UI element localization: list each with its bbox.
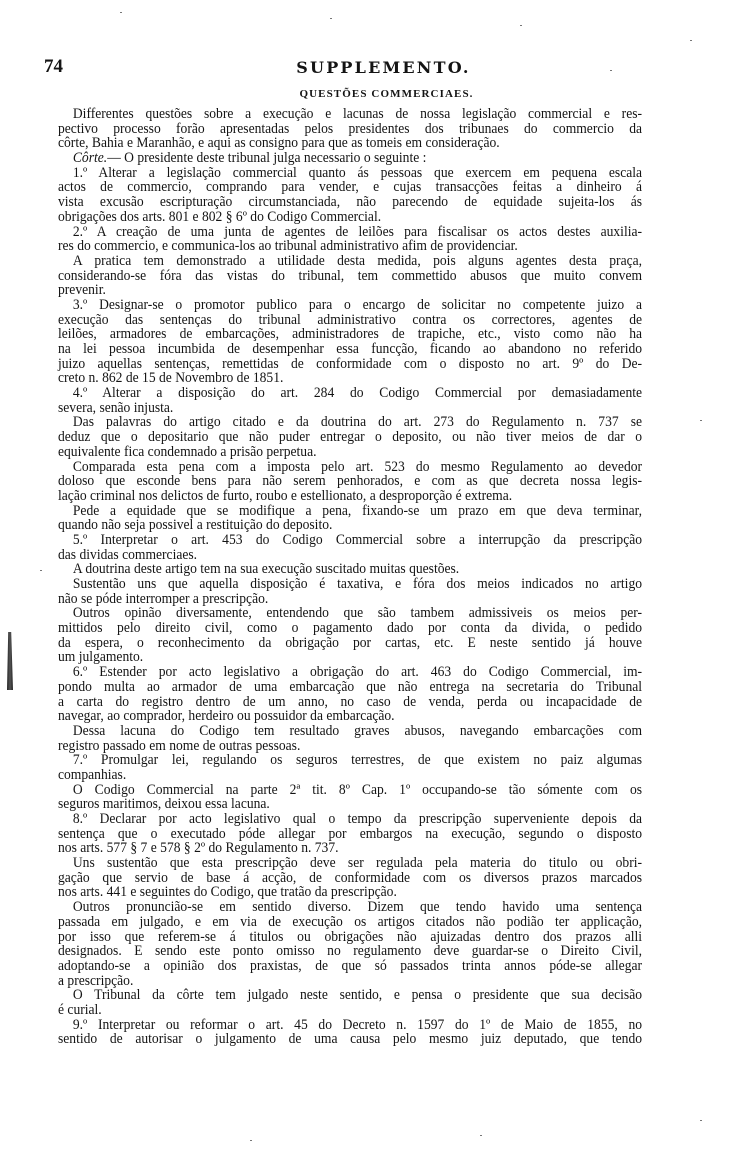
running-head: SUPPLEMENTO. [0, 58, 747, 77]
text-line: pondo multa ao armador de uma embarcação… [58, 680, 642, 695]
paragraph: Outros pronuncião-se em sentido diverso.… [58, 900, 642, 988]
text-line: leilões, armadores de embarcações, admin… [58, 327, 642, 342]
paragraph: O Codigo Commercial na parte 2ª tit. 8º … [58, 783, 642, 812]
text-line: Das palavras do artigo citado e da doutr… [58, 415, 642, 430]
text-line: 4.º Alterar a disposição do art. 284 do … [58, 386, 642, 401]
scan-speck [690, 40, 692, 41]
text-line: 3.º Designar-se o promotor publico para … [58, 298, 642, 313]
text-line: adoptando-se a opinião dos praxistas, de… [58, 959, 642, 974]
document-body: Differentes questões sobre a execução e … [58, 107, 642, 1047]
paragraph: 3.º Designar-se o promotor publico para … [58, 298, 642, 386]
text-line: A doutrina deste artigo tem na sua execu… [58, 562, 642, 577]
text-line: companhias. [58, 768, 642, 783]
paragraph: Das palavras do artigo citado e da doutr… [58, 415, 642, 459]
scan-speck [480, 1135, 482, 1136]
text-line: seguros maritimos, deixou essa lacuna. [58, 797, 642, 812]
text-line: 2.º A creação de uma junta de agentes de… [58, 225, 642, 240]
paragraph: 9.º Interpretar ou reformar o art. 45 do… [58, 1018, 642, 1047]
text-line: nos arts. 441 e seguintes do Codigo, que… [58, 885, 642, 900]
scan-speck [250, 1140, 252, 1141]
text-line: Dessa lacuna do Codigo tem resultado gra… [58, 724, 642, 739]
paragraph: 8.º Declarar por acto legislativo qual o… [58, 812, 642, 856]
paragraph-lead: Côrte. [73, 150, 107, 166]
text-line: vista excusão escripturação circumstanci… [58, 195, 642, 210]
text-line: passada em julgado, e em via de execução… [58, 915, 642, 930]
text-line: Pede a equidade que se modifique a pena,… [58, 504, 642, 519]
text-line: gação que servio de base á acção, de con… [58, 871, 642, 886]
text-line: prevenir. [58, 283, 642, 298]
paragraph: Côrte.— O presidente deste tribunal julg… [58, 151, 642, 166]
paragraph: O Tribunal da côrte tem julgado neste se… [58, 988, 642, 1017]
text-line: actos de commercio, comprando para vende… [58, 180, 642, 195]
scan-speck [60, 980, 62, 981]
text-line: obrigações dos arts. 801 e 802 § 6º do C… [58, 210, 642, 225]
text-line: registro passado em nome de outras pesso… [58, 739, 642, 754]
text-line: considerando-se fóra das vistas do tribu… [58, 269, 642, 284]
text-line: por isso que referem-se á titulos ou obr… [58, 930, 642, 945]
paragraph: Comparada esta pena com a imposta pelo a… [58, 460, 642, 504]
text-line: 6.º Estender por acto legislativo a obri… [58, 665, 642, 680]
scan-speck [210, 880, 212, 881]
text-line: da espera, o reconhecimento da obrigação… [58, 636, 642, 651]
paragraph: Differentes questões sobre a execução e … [58, 107, 642, 151]
paragraph: Pede a equidade que se modifique a pena,… [58, 504, 642, 533]
text-line: Outros opinão diversamente, entendendo q… [58, 606, 642, 621]
text-line: sentido de autorisar o julgamento de uma… [58, 1032, 642, 1047]
text-line: a carta do registro dentro de um anno, n… [58, 695, 642, 710]
text-line: O Codigo Commercial na parte 2ª tit. 8º … [58, 783, 642, 798]
scan-speck [700, 1120, 702, 1121]
scan-speck [520, 25, 522, 26]
text-line: Differentes questões sobre a execução e … [58, 107, 642, 122]
text-line: 8.º Declarar por acto legislativo qual o… [58, 812, 642, 827]
scan-speck [610, 70, 612, 71]
text-line: na lei pessoa incumbida de desempenhar e… [58, 342, 642, 357]
text-line: sentença que o executado póde allegar po… [58, 827, 642, 842]
text-line: creto n. 862 de 15 de Novembro de 1851. [58, 371, 642, 386]
text-line: Côrte.— O presidente deste tribunal julg… [58, 151, 642, 166]
paragraph: 4.º Alterar a disposição do art. 284 do … [58, 386, 642, 415]
text-line: A pratica tem demonstrado a utilidade de… [58, 254, 642, 269]
paragraph: A pratica tem demonstrado a utilidade de… [58, 254, 642, 298]
text-line: Outros pronuncião-se em sentido diverso.… [58, 900, 642, 915]
text-line: a prescripção. [58, 974, 642, 989]
text-line: nos arts. 577 § 7 e 578 § 2º do Regulame… [58, 841, 642, 856]
scan-speck [40, 570, 42, 571]
text-line: 1.º Alterar a legislação commercial quan… [58, 166, 642, 181]
text-line: quando não seja possivel a restituição d… [58, 518, 642, 533]
text-line: juizo aquellas sentenças, remettidas de … [58, 357, 642, 372]
paragraph: 1.º Alterar a legislação commercial quan… [58, 166, 642, 225]
text-line: O Tribunal da côrte tem julgado neste se… [58, 988, 642, 1003]
text-line: navegar, ao comprador, herdeiro ou possu… [58, 709, 642, 724]
paragraph: A doutrina deste artigo tem na sua execu… [58, 562, 642, 577]
scan-speck [700, 420, 702, 421]
paragraph: 5.º Interpretar o art. 453 do Codigo Com… [58, 533, 642, 562]
text-line: 7.º Promulgar lei, regulando os seguros … [58, 753, 642, 768]
text-line: lação criminal nos delictos de furto, ro… [58, 489, 642, 504]
text-line: pectivo processo forão apresentadas pelo… [58, 122, 642, 137]
paragraph: 6.º Estender por acto legislativo a obri… [58, 665, 642, 724]
text-line: 5.º Interpretar o art. 453 do Codigo Com… [58, 533, 642, 548]
text-line: equivalente fica condemnado a prisão per… [58, 445, 642, 460]
text-line: doloso que esconde bens para não serem p… [58, 474, 642, 489]
text-line: é curial. [58, 1003, 642, 1018]
section-title: QUESTÕES COMMERCIAES. [0, 88, 747, 100]
text-line: das dividas commerciaes. [58, 548, 642, 563]
scan-speck [120, 12, 122, 13]
text-line: 9.º Interpretar ou reformar o art. 45 do… [58, 1018, 642, 1033]
paragraph: 2.º A creação de uma junta de agentes de… [58, 225, 642, 254]
text-line: mittidos pelo direito civil, como o paga… [58, 621, 642, 636]
paragraph: Sustentão uns que aquella disposição é t… [58, 577, 642, 606]
text-line: Comparada esta pena com a imposta pelo a… [58, 460, 642, 475]
text-line: res do commercio, e communica-los ao tri… [58, 239, 642, 254]
text-line: severa, senão injusta. [58, 401, 642, 416]
text-line: deduz que o depositario que não puder en… [58, 430, 642, 445]
paragraph-text: — O presidente deste tribunal julga nece… [107, 150, 426, 166]
scan-speck [330, 18, 332, 19]
text-line: não se póde interromper a prescripção. [58, 592, 642, 607]
paragraph: Uns sustentão que esta prescripção deve … [58, 856, 642, 900]
paragraph: 7.º Promulgar lei, regulando os seguros … [58, 753, 642, 782]
paragraph: Outros opinão diversamente, entendendo q… [58, 606, 642, 665]
text-line: Sustentão uns que aquella disposição é t… [58, 577, 642, 592]
text-line: designados. E sendo este ponto omisso no… [58, 944, 642, 959]
text-line: execução das sentenças do tribunal admin… [58, 313, 642, 328]
text-line: côrte, Bahia e Maranhão, e aqui as consi… [58, 136, 642, 151]
margin-scan-artifact [7, 632, 13, 690]
paragraph: Dessa lacuna do Codigo tem resultado gra… [58, 724, 642, 753]
text-line: um julgamento. [58, 650, 642, 665]
text-line: Uns sustentão que esta prescripção deve … [58, 856, 642, 871]
